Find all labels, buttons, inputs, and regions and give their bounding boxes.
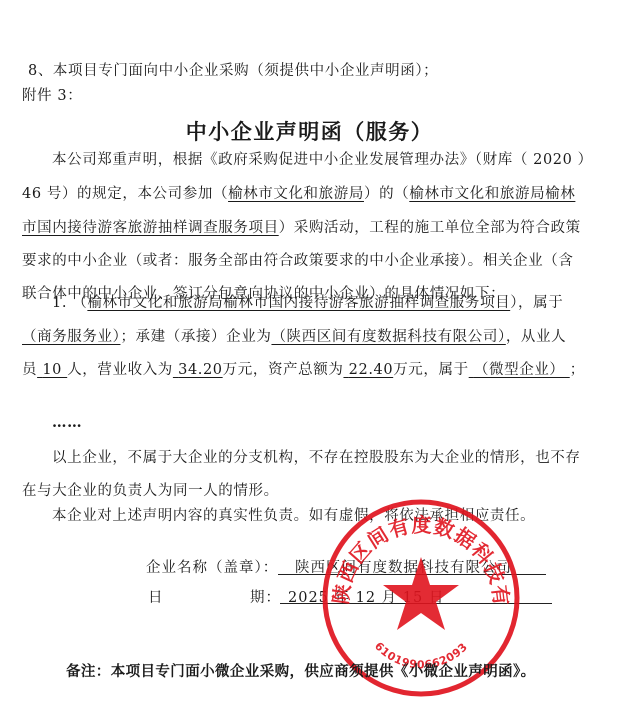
date-label-a: 日 <box>148 586 164 607</box>
statement-1a: 以上企业，不属于大企业的分支机构，不存在控股股东为大企业的情形，也不存 <box>52 448 581 468</box>
declaration-line-1: 本公司郑重声明，根据《政府采购促进中小企业发展管理办法》（财库（ 2020 ） <box>52 150 593 170</box>
project-name-part2: 市国内接待游客旅游抽样调查服务项目 <box>22 220 279 236</box>
item-8-text: 8、本项目专门面向中小企业采购（须提供中小企业声明函）； <box>28 61 438 81</box>
buyer-name: 榆林市文化和旅游局 <box>228 186 364 202</box>
date-label-b: 期： <box>250 586 281 607</box>
text: 人，营业收入为 <box>67 362 173 378</box>
item-1-line-1: 1. （榆林市文化和旅游局榆林市国内接待游客旅游抽样调查服务项目），属于 <box>52 293 563 313</box>
text: 万元，资产总额为 <box>223 362 344 378</box>
text: ；承建（承接）企业为 <box>120 329 271 345</box>
text: ； <box>570 362 585 378</box>
enterprise-type-value: （微型企业） <box>474 362 565 378</box>
project-name-part1: 榆林市文化和旅游局榆林 <box>409 186 575 202</box>
item-1-line-2: （商务服务业）；承建（承接）企业为（陕西区间有度数据科技有限公司），从业人 <box>22 327 566 347</box>
declaration-line-4: 要求的中小企业（或者：服务全部由符合政策要求的中小企业承接）。相关企业（含 <box>22 251 573 271</box>
statement-1b: 在与大企业的负责人为同一人的情形。 <box>22 481 279 501</box>
ellipsis: …… <box>52 413 82 433</box>
assets: 22.40 <box>343 362 393 378</box>
revenue-value: 34.20 <box>178 362 223 378</box>
assets-value: 22.40 <box>349 362 394 378</box>
text: 员 <box>22 362 37 378</box>
page-title: 中小企业声明函（服务） <box>0 116 619 146</box>
declaration-line-3: 市国内接待游客旅游抽样调查服务项目）采购活动，工程的施工单位全部为符合政策 <box>22 218 581 238</box>
revenue: 34.20 <box>173 362 223 378</box>
contractor-company: （陕西区间有度数据科技有限公司） <box>271 329 505 345</box>
remark-note: 备注：本项目专门面小微企业采购，供应商须提供《小微企业声明函》。 <box>66 660 536 681</box>
item-1-line-3: 员 10 人，营业收入为 34.20万元，资产总额为 22.40万元，属于 （微… <box>22 360 585 380</box>
industry: （商务服务业） <box>22 329 120 345</box>
company-name-label: 企业名称（盖章）： <box>146 556 278 577</box>
text: ，从业人 <box>506 329 566 345</box>
text: ）的（ <box>364 186 409 202</box>
declaration-line-2: 46 号）的规定，本公司参加（榆林市文化和旅游局）的（榆林市文化和旅游局榆林 <box>22 184 575 204</box>
item-number: 1. <box>52 295 67 311</box>
attachment-label: 附件 3： <box>22 86 82 106</box>
staff-value: 10 <box>42 362 62 378</box>
enterprise-type: （微型企业） <box>469 362 570 378</box>
text: 万元，属于 <box>393 362 469 378</box>
text: ）采购活动，工程的施工单位全部为符合政策 <box>279 220 581 236</box>
staff-count: 10 <box>37 362 67 378</box>
text: ），属于 <box>510 295 563 311</box>
item-project-name: 榆林市文化和旅游局榆林市国内接待游客旅游抽样调查服务项目 <box>87 295 510 311</box>
text: （ <box>72 295 87 311</box>
text: 46 号）的规定，本公司参加（ <box>22 186 228 202</box>
